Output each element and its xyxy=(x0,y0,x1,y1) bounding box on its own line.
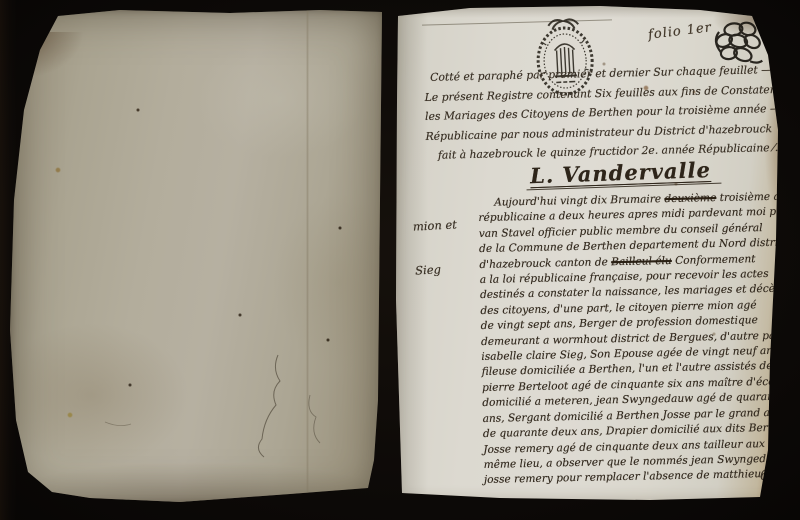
margin-note-line1: mion et xyxy=(413,216,476,233)
signature-block: L. Vandervalle xyxy=(526,157,722,189)
photograph-of-open-register: folio 1er 9 Cotté et paraphé par premier… xyxy=(0,0,800,520)
certification-paragraph: Cotté et paraphé par premier et dernier … xyxy=(424,60,768,165)
act-paragraph: Aujourd'hui vingt dix Brumaire deuxième … xyxy=(478,190,776,489)
margin-note-line2: Sieg xyxy=(415,260,478,277)
corner-number: 9 xyxy=(764,30,774,48)
folio-label: folio 1er xyxy=(647,20,712,43)
left-blank-page xyxy=(10,10,384,504)
margin-note: mion et Sieg xyxy=(413,216,478,277)
right-written-page: folio 1er 9 Cotté et paraphé par premier… xyxy=(394,4,786,506)
paper-fiber-marks xyxy=(10,10,384,504)
signature-vandervalle: L. Vandervalle xyxy=(526,157,722,191)
page-number: 6 xyxy=(760,468,769,484)
